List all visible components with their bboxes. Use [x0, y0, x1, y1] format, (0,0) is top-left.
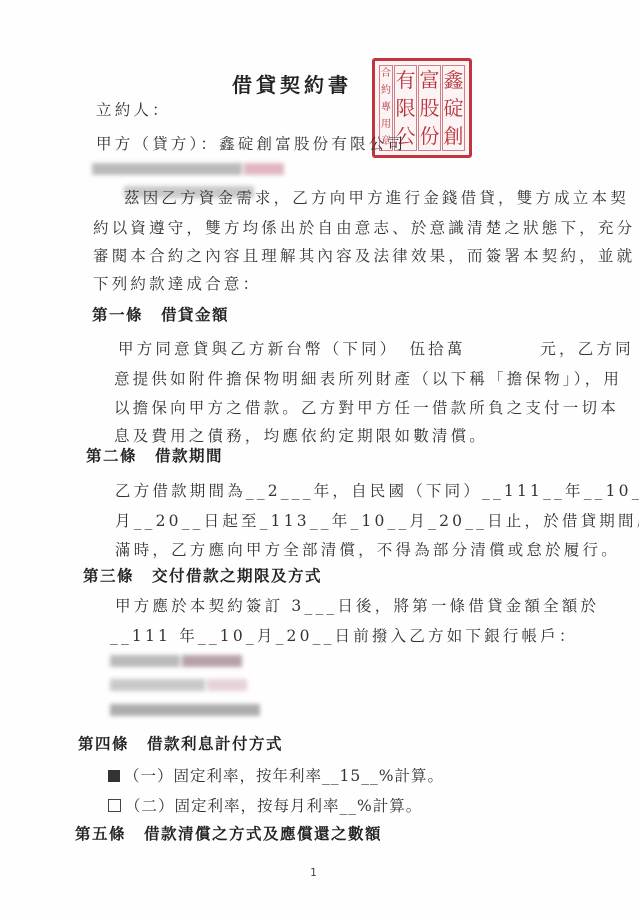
article-number: 第四條	[78, 734, 129, 753]
article-2-line-3: 滿時，乙方應向甲方全部清償，不得為部分清償或怠於履行。	[115, 538, 620, 560]
seal-column-2: 富股份	[418, 65, 441, 151]
article-5-heading: 第五條借款清償之方式及應償還之數額	[75, 822, 382, 844]
article-title: 借貸金額	[161, 305, 229, 324]
article-1-line-2: 意提供如附件擔保物明細表所列財產（以下稱「擔保物」），用	[114, 367, 622, 389]
parties-label: 立約人：	[96, 98, 171, 120]
article-number: 第一條	[92, 305, 143, 324]
redacted-bank-name	[110, 652, 244, 671]
page-number: 1	[310, 866, 317, 879]
article-title: 借款期間	[155, 446, 223, 465]
article-2-line-1: 乙方借款期間為__2___年，自民國（下同）__111__年__10__	[115, 479, 639, 501]
article-1-line-3: 以擔保向甲方之借款。乙方對甲方任一借款所負之支付一切本	[114, 396, 619, 418]
article-title: 借款清償之方式及應償還之數額	[144, 824, 382, 843]
checkbox-unchecked-icon[interactable]	[108, 799, 121, 812]
article-2-heading: 第二條借款期間	[86, 444, 223, 466]
article-1-line-1: 甲方同意貸與乙方新台幣（下同） 伍拾萬 元，乙方同	[118, 337, 634, 359]
preamble-line-1: 茲因乙方資金需求，乙方向甲方進行金錢借貸，雙方成立本契	[124, 186, 629, 208]
preamble-line-4: 下列約款達成合意：	[93, 272, 261, 294]
article-number: 第三條	[83, 566, 134, 585]
redacted-party-b	[92, 160, 286, 179]
article-number: 第五條	[75, 824, 126, 843]
preamble-line-3: 審閱本合約之內容且理解其內容及法律效果，而簽署本契約，並就	[93, 244, 635, 266]
redacted-bank-branch	[110, 676, 249, 695]
article-3-line-1: 甲方應於本契約簽訂 3___日後，將第一條借貸金額全額於	[115, 594, 599, 616]
article-number: 第二條	[86, 446, 137, 465]
article-title: 借款利息計付方式	[147, 734, 283, 753]
article-title: 交付借款之期限及方式	[152, 566, 322, 585]
option-label: （二）固定利率，按每月利率__%計算。	[125, 797, 422, 815]
article-1-line-4: 息及費用之債務，均應依約定期限如數清償。	[114, 424, 488, 446]
interest-option-annual[interactable]: （一）固定利率，按年利率__15__%計算。	[108, 764, 444, 786]
article-2-line-2: 月__20__日起至_113__年_10__月_20__日止，於借貸期間屆	[115, 509, 639, 531]
preamble-line-2: 約以資遵守，雙方均係出於自由意志、於意識清楚之狀態下，充分	[93, 216, 635, 238]
article-3-heading: 第三條交付借款之期限及方式	[83, 564, 322, 586]
document-title: 借貸契約書	[232, 69, 352, 98]
article-1-heading: 第一條借貸金額	[92, 303, 229, 325]
article-3-line-2: __111 年__10_月_20__日前撥入乙方如下銀行帳戶：	[110, 624, 578, 646]
contract-page: 借貸契約書 合約專用章 有限公 富股份 鑫碇創 立約人： 甲方（貸方）：鑫碇創富…	[0, 0, 639, 919]
interest-option-monthly[interactable]: （二）固定利率，按每月利率__%計算。	[108, 794, 422, 816]
seal-column-1: 鑫碇創	[442, 65, 465, 151]
checkbox-checked-icon[interactable]	[108, 770, 120, 782]
article-4-heading: 第四條借款利息計付方式	[78, 732, 283, 754]
redacted-account-number	[110, 701, 262, 720]
option-label: （一）固定利率，按年利率__15__%計算。	[124, 767, 444, 785]
party-a-line: 甲方（貸方）：鑫碇創富股份有限公司	[96, 132, 406, 154]
